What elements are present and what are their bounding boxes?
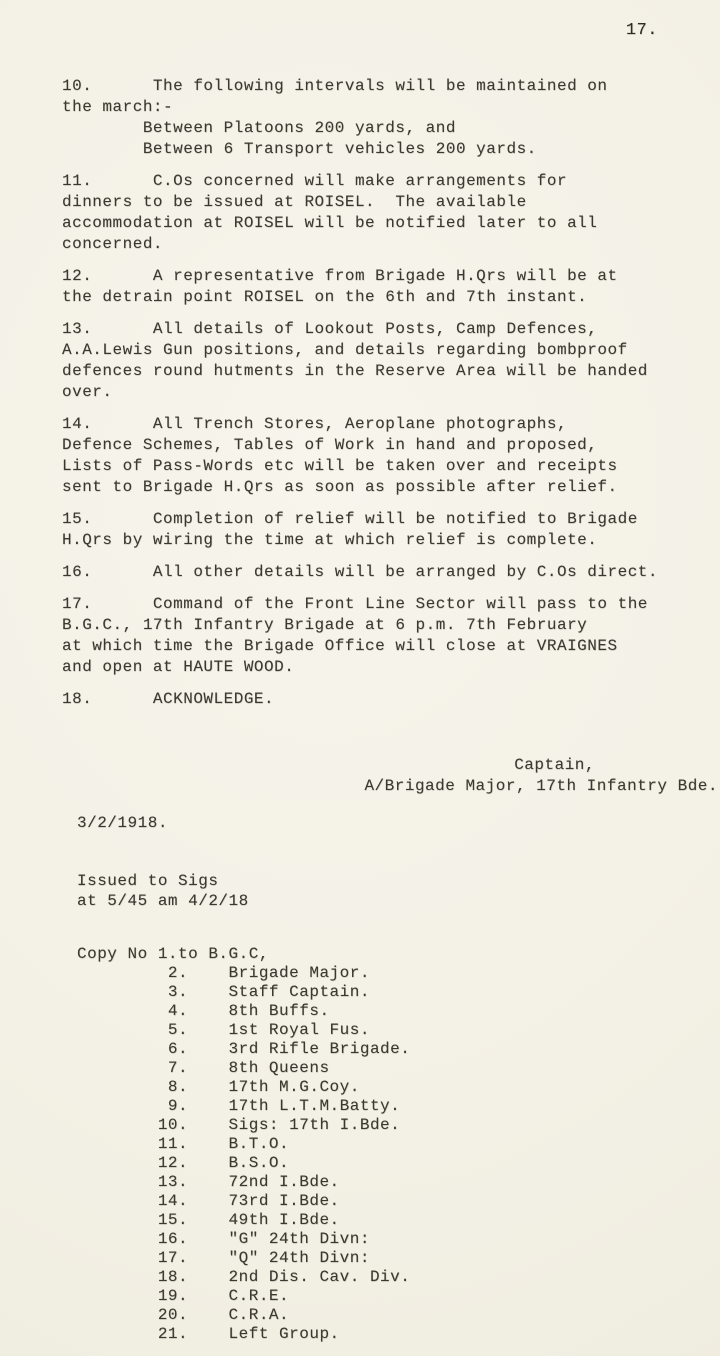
paragraph: 17. Command of the Front Line Sector wil… xyxy=(62,594,720,678)
issue-note-line1: Issued to Sigs xyxy=(77,871,720,891)
page-number: 17. xyxy=(626,20,658,41)
distribution-line: 21. Left Group. xyxy=(77,1325,720,1344)
date-line: 3/2/1918. xyxy=(77,813,720,834)
distribution-line: 17. "Q" 24th Divn: xyxy=(77,1249,720,1268)
distribution-line: 7. 8th Queens xyxy=(77,1059,720,1078)
paragraph: 10. The following intervals will be main… xyxy=(62,76,720,160)
issue-note: Issued to Sigs at 5/45 am 4/2/18 xyxy=(77,871,720,911)
distribution-line: Copy No 1.to B.G.C, xyxy=(77,945,720,964)
paragraph-list: 10. The following intervals will be main… xyxy=(62,76,720,710)
distribution-line: 18. 2nd Dis. Cav. Div. xyxy=(77,1268,720,1287)
paragraph: 15. Completion of relief will be notifie… xyxy=(62,509,720,551)
distribution-line: 20. C.R.A. xyxy=(77,1306,720,1325)
paragraph: 18. ACKNOWLEDGE. xyxy=(62,689,720,710)
distribution-line: 16. "G" 24th Divn: xyxy=(77,1230,720,1249)
issue-note-line2: at 5/45 am 4/2/18 xyxy=(77,891,720,911)
distribution-line: 12. B.S.O. xyxy=(77,1154,720,1173)
distribution-line: 2. Brigade Major. xyxy=(77,964,720,983)
paragraph: 14. All Trench Stores, Aeroplane photogr… xyxy=(62,414,720,498)
signature-rank: Captain, xyxy=(62,755,720,776)
distribution-line: 8. 17th M.G.Coy. xyxy=(77,1078,720,1097)
paragraph: 12. A representative from Brigade H.Qrs … xyxy=(62,266,720,308)
distribution-line: 19. C.R.E. xyxy=(77,1287,720,1306)
distribution-line: 4. 8th Buffs. xyxy=(77,1002,720,1021)
document-body: 10. The following intervals will be main… xyxy=(62,76,720,1344)
paragraph: 13. All details of Lookout Posts, Camp D… xyxy=(62,319,720,403)
distribution-line: 11. B.T.O. xyxy=(77,1135,720,1154)
distribution-line: 3. Staff Captain. xyxy=(77,983,720,1002)
signature-block: Captain, A/Brigade Major, 17th Infantry … xyxy=(62,755,720,797)
scanned-document-page: 17. 10. The following intervals will be … xyxy=(0,0,720,1356)
distribution-list: Copy No 1.to B.G.C, 2. Brigade Major. 3.… xyxy=(77,945,720,1344)
distribution-line: 15. 49th I.Bde. xyxy=(77,1211,720,1230)
distribution-line: 10. Sigs: 17th I.Bde. xyxy=(77,1116,720,1135)
distribution-line: 5. 1st Royal Fus. xyxy=(77,1021,720,1040)
distribution-line: 14. 73rd I.Bde. xyxy=(77,1192,720,1211)
distribution-line: 6. 3rd Rifle Brigade. xyxy=(77,1040,720,1059)
signature-title: A/Brigade Major, 17th Infantry Bde. xyxy=(62,776,720,797)
distribution-line: 9. 17th L.T.M.Batty. xyxy=(77,1097,720,1116)
distribution-line: 13. 72nd I.Bde. xyxy=(77,1173,720,1192)
paragraph: 11. C.Os concerned will make arrangement… xyxy=(62,171,720,255)
paragraph: 16. All other details will be arranged b… xyxy=(62,562,720,583)
